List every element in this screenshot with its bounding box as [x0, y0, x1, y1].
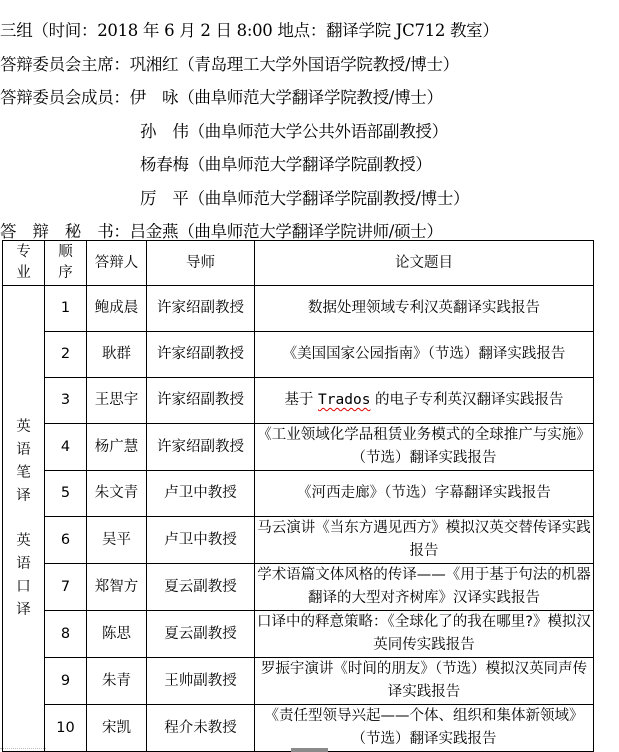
members-line: 杨春梅（曲阜师范大学翻译学院副教授）	[0, 148, 619, 182]
advisor-cell: 王帅副教授	[147, 658, 255, 705]
name-cell: 耿群	[87, 332, 147, 378]
title-cell: 《美国国家公园指南》（节选）翻译实践报告	[255, 332, 594, 378]
header-major: 专业	[3, 241, 45, 286]
advisor-cell: 许家绍副教授	[147, 424, 255, 471]
title-cell: 《责任型领导兴起——个体、组织和集体新领域》（节选）翻译实践报告	[255, 705, 594, 752]
member: 伊 咏（曲阜师范大学翻译学院教授/博士）	[130, 88, 443, 107]
members-line: 厉 平（曲阜师范大学翻译学院副教授/博士）	[0, 182, 619, 216]
seq-cell: 7	[45, 564, 87, 611]
table-row: 6 吴平 卢卫中教授 马云演讲《当东方遇见西方》模拟汉英交替传译实践报告	[3, 517, 594, 564]
advisor-cell: 许家绍副教授	[147, 378, 255, 424]
title-cell: 马云演讲《当东方遇见西方》模拟汉英交替传译实践报告	[255, 517, 594, 564]
title-cell: 《河西走廊》（节选）字幕翻译实践报告	[255, 471, 594, 517]
advisor-cell: 许家绍副教授	[147, 332, 255, 378]
seq-cell: 10	[45, 705, 87, 752]
table-row: 7 郑智方 夏云副教授 学术语篇文体风格的传译——《用于基于句法的机器翻译的大型…	[3, 564, 594, 611]
chair-label: 答辩委员会主席：	[0, 55, 130, 74]
member: 厉 平（曲阜师范大学翻译学院副教授/博士）	[140, 189, 469, 208]
advisor-cell: 夏云副教授	[147, 611, 255, 658]
chair-line: 答辩委员会主席：巩湘红（青岛理工大学外国语学院教授/博士）	[0, 48, 619, 82]
members-line: 孙 伟（曲阜师范大学公共外语部副教授）	[0, 115, 619, 149]
title-cell: 《工业领域化学品租赁业务模式的全球推广与实施》（节选）翻译实践报告	[255, 424, 594, 471]
header-title: 论文题目	[255, 241, 594, 286]
table-row: 2 耿群 许家绍副教授 《美国国家公园指南》（节选）翻译实践报告	[3, 332, 594, 378]
horizontal-scrollbar-thumb[interactable]	[291, 748, 328, 752]
table-row: 5 朱文青 卢卫中教授 《河西走廊》（节选）字幕翻译实践报告	[3, 471, 594, 517]
title-cell: 数据处理领域专利汉英翻译实践报告	[255, 286, 594, 332]
table-row: 8 陈思 夏云副教授 口译中的释意策略：《全球化了的我在哪里?》模拟汉英同传实践…	[3, 611, 594, 658]
table-row: 9 朱青 王帅副教授 罗振宇演讲《时间的朋友》（节选）模拟汉英同声传译实践报告	[3, 658, 594, 705]
seq-cell: 2	[45, 332, 87, 378]
name-cell: 吴平	[87, 517, 147, 564]
name-cell: 朱青	[87, 658, 147, 705]
table-row: 英 语 笔 译 英 语 口 译 1 鲍成晨 许家绍副教授 数据处理领域专利汉英翻…	[3, 286, 594, 332]
title-cell: 基于 Trados 的电子专利英汉翻译实践报告	[255, 378, 594, 424]
name-cell: 杨广慧	[87, 424, 147, 471]
header-advisor: 导师	[147, 241, 255, 286]
page-edge-dotted-line	[0, 748, 46, 749]
name-cell: 鲍成晨	[87, 286, 147, 332]
name-cell: 郑智方	[87, 564, 147, 611]
advisor-cell: 许家绍副教授	[147, 286, 255, 332]
title-cell: 罗振宇演讲《时间的朋友》（节选）模拟汉英同声传译实践报告	[255, 658, 594, 705]
secretary-value: 吕金燕（曲阜师范大学翻译学院讲师/硕士）	[130, 222, 443, 241]
advisor-cell: 卢卫中教授	[147, 471, 255, 517]
name-cell: 宋凯	[87, 705, 147, 752]
secretary-label: 答 辩 秘 书：	[0, 222, 130, 241]
spellcheck-flagged-word[interactable]: Trados	[318, 392, 370, 408]
seq-cell: 3	[45, 378, 87, 424]
advisor-cell: 卢卫中教授	[147, 517, 255, 564]
name-cell: 朱文青	[87, 471, 147, 517]
advisor-cell: 夏云副教授	[147, 564, 255, 611]
name-cell: 王思宇	[87, 378, 147, 424]
seq-cell: 4	[45, 424, 87, 471]
chair-value: 巩湘红（青岛理工大学外国语学院教授/博士）	[130, 55, 459, 74]
name-cell: 陈思	[87, 611, 147, 658]
header-name: 答辩人	[87, 241, 147, 286]
seq-cell: 1	[45, 286, 87, 332]
title-cell: 学术语篇文体风格的传译——《用于基于句法的机器翻译的大型对齐树库》汉译实践报告	[255, 564, 594, 611]
seq-cell: 9	[45, 658, 87, 705]
schedule-table-wrapper: 专业 顺序 答辩人 导师 论文题目 英 语 笔 译 英 语 口 译 1 鲍成晨 …	[2, 240, 594, 752]
seq-cell: 8	[45, 611, 87, 658]
member: 杨春梅（曲阜师范大学翻译学院副教授）	[140, 155, 432, 174]
table-row: 10 宋凯 程介未教授 《责任型领导兴起——个体、组织和集体新领域》（节选）翻译…	[3, 705, 594, 752]
title-cell: 口译中的释意策略：《全球化了的我在哪里?》模拟汉英同传实践报告	[255, 611, 594, 658]
schedule-table: 专业 顺序 答辩人 导师 论文题目 英 语 笔 译 英 语 口 译 1 鲍成晨 …	[2, 240, 594, 752]
table-row: 4 杨广慧 许家绍副教授 《工业领域化学品租赁业务模式的全球推广与实施》（节选）…	[3, 424, 594, 471]
defense-info: 三组（时间：2018 年 6 月 2 日 8:00 地点：翻译学院 JC712 …	[0, 14, 619, 249]
table-row: 3 王思宇 许家绍副教授 基于 Trados 的电子专利英汉翻译实践报告	[3, 378, 594, 424]
header-seq: 顺序	[45, 241, 87, 286]
table-move-handle[interactable]	[1, 232, 5, 236]
members-label: 答辩委员会成员：	[0, 88, 130, 107]
group-time-location: 三组（时间：2018 年 6 月 2 日 8:00 地点：翻译学院 JC712 …	[0, 14, 619, 48]
major-cell: 英 语 笔 译 英 语 口 译	[3, 286, 45, 752]
seq-cell: 5	[45, 471, 87, 517]
advisor-cell: 程介未教授	[147, 705, 255, 752]
member: 孙 伟（曲阜师范大学公共外语部副教授）	[140, 122, 448, 141]
members-line: 答辩委员会成员：伊 咏（曲阜师范大学翻译学院教授/博士）	[0, 81, 619, 115]
seq-cell: 6	[45, 517, 87, 564]
table-header-row: 专业 顺序 答辩人 导师 论文题目	[3, 241, 594, 286]
